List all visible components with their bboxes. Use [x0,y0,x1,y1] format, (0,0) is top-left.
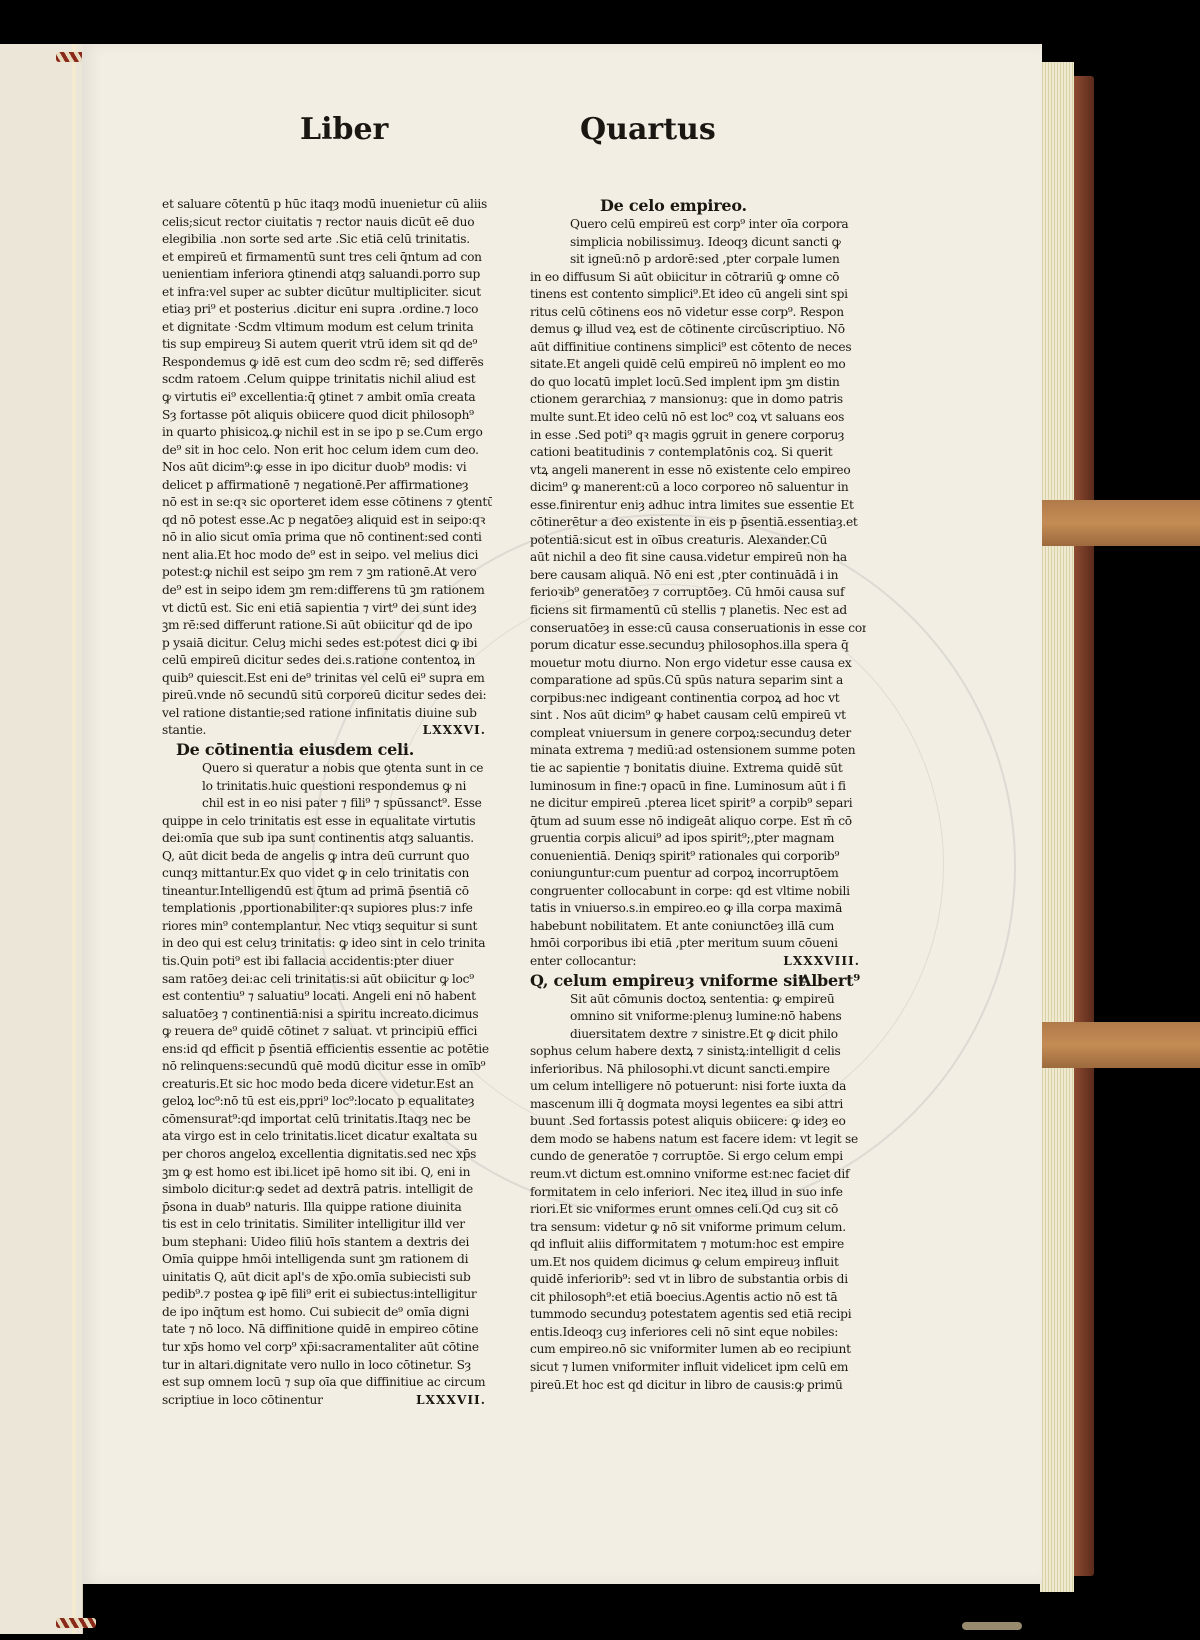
chapter-numeral: LXXXVII. [416,1392,486,1410]
chapter-end-line: stantie. LXXXVI. [162,722,492,740]
text-line: dicim⁹ ꝙ manerent:cū a loco corporeo nō … [530,479,866,497]
text-line: nō relinquens:secundū quē modū dicitur e… [162,1058,492,1076]
text-line: tie ac sapientie ⁊ bonitatis diuine. Ext… [530,760,866,778]
right-paragraph-1: in eo diffusum Si aūt obiicitur in cōtra… [530,269,866,953]
section-heading: De celo empireo. [530,196,866,216]
page-edges-stack [1040,62,1074,1592]
text-line: est contentiu⁹ ⁊ saluatiu⁹ locati. Angel… [162,988,492,1006]
text-line: de⁹ est in seipo idem ꝫm rem:differens t… [162,582,492,600]
text-line: dem modo se habens natum est facere idem… [530,1131,866,1149]
text-line: hmōi corporibus ibi etiā ,pter meritum s… [530,935,866,953]
text-line: delicet p affirmationē ⁊ negationē.Per a… [162,477,492,495]
text-line: lo trinitatis.huic questioni respondemus… [202,778,492,796]
text-line: qd nō potest esse.Ac p negatōeȝ aliquid … [162,512,492,530]
text-line: coniunguntur:cum puentur ad corpoꝝ incor… [530,865,866,883]
text-line: tur xp̄s homo vel corp⁹ xp̄i:sacramental… [162,1339,492,1357]
text-line: vt dictū est. Sic eni etiā sapientia ⁊ v… [162,600,492,618]
text-line: cōmensurat⁹:qd importat celū trinitatis.… [162,1111,492,1129]
text-line: qd influit aliis difformitatem ⁊ motum:h… [530,1236,866,1254]
text-line: creaturis.Et sic hoc modo beda dicere vi… [162,1076,492,1094]
text-line: conseruatōeȝ in esse:cū causa conseruati… [530,620,866,638]
gutter-fold [72,44,76,1634]
text-line: Quero si queratur a nobis que ꝯtenta sun… [202,760,492,778]
text-line: uenientiam inferiora ꝯtinendi atqȝ salua… [162,266,492,284]
text-line: sicut ⁊ lumen vniformiter influit videli… [530,1359,866,1377]
text-line: simplicia nobilissimuȝ. Ideoqȝ dicunt sa… [570,234,866,252]
text-line: ficiens sit firmamentū cū stellis ⁊ plan… [530,602,866,620]
text-line: demus ꝙ illud veꝝ est de cōtinente circū… [530,321,866,339]
text-line: tineantur.Intelligendū est q̄tum ad prim… [162,883,492,901]
text-line: habebunt nobilitatem. Et ante coniunctōe… [530,918,866,936]
text-line: porum dicatur esse.secunduȝ philosophos.… [530,637,866,655]
last-line-text: scriptiue in loco cōtinentur [162,1393,323,1407]
text-line: cōtinerētur a deo existente in eis p p̄s… [530,514,866,532]
text-line: mouetur motu diurno. Non ergo videtur es… [530,655,866,673]
left-paragraph-2-indented: Quero si queratur a nobis que ꝯtenta sun… [162,760,492,813]
page-stain [962,1622,1022,1630]
text-line: scdm ratoem .Celum quippe trinitatis nic… [162,371,492,389]
text-line: de⁹ sit in hoc celo. Non erit hoc celum … [162,442,492,460]
text-line: nō in alio sicut omīa prima que nō conti… [162,529,492,547]
right-paragraph-2-indented: Sit aūt cōmunis doctoꝝ sententia: ꝙ empi… [530,991,866,1044]
text-line: um.Et nos quidem dicimus ꝙ celum empireu… [530,1254,866,1272]
text-line: simbolo dicitur:ꝙ sedet ad dextrā patris… [162,1181,492,1199]
text-line: celis;sicut rector ciuitatis ⁊ rector na… [162,214,492,232]
text-line: templationis ,pportionabiliter:qꝛ supior… [162,900,492,918]
running-head-left: Liber [300,112,388,147]
text-line: compleat vniuersum in genere corpoꝝ:secu… [530,725,866,743]
text-line: etiaȝ pri⁹ et posterius .dicitur eni sup… [162,301,492,319]
text-line: sint . Nos aūt dicim⁹ ꝙ habet causam cel… [530,707,866,725]
section-heading-text: Q, celum empireuȝ vniforme sit [530,971,805,990]
text-line: aūt diffinitiue continens simplici⁹ est … [530,339,866,357]
section-heading: Q, celum empireuȝ vniforme sit Albert⁹ [530,971,866,991]
clasp-strap-upper [1040,500,1200,546]
text-line: ꝙ virtutis ei⁹ excellentia:q̄ ꝯtinet ⁊ a… [162,389,492,407]
text-line: diuersitatem dextre ⁊ sinistre.Et ꝙ dici… [570,1026,866,1044]
text-line: congruenter collocabunt in corpe: qd est… [530,883,866,901]
text-line: Nos aūt dicim⁹:ꝙ esse in ipo dicitur duo… [162,459,492,477]
text-line: conuenientiā. Deniqȝ spirit⁹ rationales … [530,848,866,866]
text-line: riori.Et sic vniformes erunt omnes celi.… [530,1201,866,1219]
text-line: tatis in vniuerso.s.in empireo.eo ꝙ illa… [530,900,866,918]
text-line: ferioꝛib⁹ generatōeȝ ⁊ corruptōeȝ. Cū hm… [530,584,866,602]
text-line: cunqȝ mittantur.Ex quo videt ꝙ in celo t… [162,865,492,883]
text-line: ne dicitur empireū .pterea licet spirit⁹… [530,795,866,813]
text-line: et saluare cōtentū p hūc itaqȝ modū inue… [162,196,492,214]
text-line: omnino sit vniforme:plenuȝ lumine:nō hab… [570,1008,866,1026]
text-line: inferioribus. Nā philosophi.vt dicunt sa… [530,1061,866,1079]
text-line: reum.vt dictum est.omnino vniforme est:n… [530,1166,866,1184]
text-line: formitatem in celo inferiori. Nec iteꝝ i… [530,1184,866,1202]
text-line: in quarto phisicoꝝ.ꝙ nichil est in se ip… [162,424,492,442]
text-line: entis.Ideoqȝ cuȝ inferiores celi nō sint… [530,1324,866,1342]
text-line: sam ratōeȝ dei:ac celi trinitatis:si aūt… [162,971,492,989]
chapter-end-line: enter collocantur: LXXXVIII. [530,953,866,971]
text-line: Quero celū empireū est corp⁹ inter oīa c… [570,216,866,234]
text-line: bere causam aliquā. Nō eni est ,pter con… [530,567,866,585]
text-line: saluatōeȝ ⁊ continentiā:nisi a spiritu i… [162,1006,492,1024]
text-line: aūt nichil a deo fit sine causa.videtur … [530,549,866,567]
text-line: celū empireū dicitur sedes dei.s.ratione… [162,652,492,670]
text-line: quib⁹ quiescit.Est eni de⁹ trinitas vel … [162,670,492,688]
text-line: in esse .Sed poti⁹ qꝛ magis ꝯgruit in ge… [530,427,866,445]
text-line: vtꝝ angeli manerent in esse nō existente… [530,462,866,480]
text-line: tur in altari.dignitate vero nullo in lo… [162,1357,492,1375]
text-line: elegibilia .non sorte sed arte .Sic etiā… [162,231,492,249]
text-line: Respondemus ꝙ idē est cum deo scdm rē; s… [162,354,492,372]
text-line: est sup omnem locū ⁊ sup oīa que diffini… [162,1374,492,1392]
text-line: p̄sona in duab⁹ naturis. Illa quippe rat… [162,1199,492,1217]
text-line: pedib⁹.⁊ postea ꝙ ipē fili⁹ erit ei subi… [162,1286,492,1304]
text-line: chil est in eo nisi pater ⁊ fili⁹ ⁊ spūs… [202,795,492,813]
text-line: um celum intelligere nō potuerunt: nisi … [530,1078,866,1096]
text-line: tinens est contento simplici⁹.Et ideo cū… [530,286,866,304]
right-paragraph-2: sophus celum habere dextꝝ ⁊ sinistꝝ:inte… [530,1043,866,1394]
text-line: mascenum illi q̄ dogmata moysi legentes … [530,1096,866,1114]
left-paragraph-2: quippe in celo trinitatis est esse in eq… [162,813,492,1392]
text-line: tis sup empireuȝ Si autem querit vtrū id… [162,336,492,354]
text-line: do quo locatū implet locū.Sed implent ip… [530,374,866,392]
text-line: per choros angeloꝝ excellentia dignitati… [162,1146,492,1164]
last-line-text: enter collocantur: [530,954,636,968]
text-line: tra sensum: videtur ꝙ nō sit vniforme pr… [530,1219,866,1237]
chapter-end-line: scriptiue in loco cōtinentur LXXXVII. [162,1392,492,1410]
text-line: nent alia.Et hoc modo de⁹ est in seipo. … [162,547,492,565]
chapter-numeral: LXXXVIII. [783,953,860,971]
text-line: ꝙ reuera de⁹ quidē cōtinet ⁊ saluat. vt … [162,1023,492,1041]
headband-bottom [56,1618,96,1628]
text-column-left: et saluare cōtentū p hūc itaqȝ modū inue… [162,196,492,1409]
text-line: p ysaiā dicitur. Celuȝ michi sedes est:p… [162,635,492,653]
marginal-author-note: Albert⁹ [799,971,860,991]
chapter-numeral: LXXXVI. [423,722,486,740]
text-line: tate ⁊ nō loco. Nā diffinitione quidē in… [162,1321,492,1339]
text-line: comparatione ad spūs.Cū spūs natura sepa… [530,672,866,690]
text-line: ens:id qd efficit p p̄sentiā efficientis… [162,1041,492,1059]
text-line: sitate.Et angeli quidē celū empireū nō i… [530,356,866,374]
text-line: uinitatis Q, aūt dicit apl's de xp̄o.omī… [162,1269,492,1287]
text-line: quidē inferiorib⁹: sed vt in libro de su… [530,1271,866,1289]
left-paragraph-1: et saluare cōtentū p hūc itaqȝ modū inue… [162,196,492,722]
text-line: et empireū et firmamentū sunt tres celi … [162,249,492,267]
text-line: cundo de generatōe ⁊ corruptōe. Si ergo … [530,1148,866,1166]
text-line: potentiā:sicut est in oībus creaturis. A… [530,532,866,550]
text-line: et dignitate ·Scdm vltimum modum est cel… [162,319,492,337]
text-line: corpibus:nec indigeant continentia corpo… [530,690,866,708]
running-head-right: Quartus [580,112,716,147]
text-line: ctionem gerarchiaꝝ ⁊ mansionuȝ: que in d… [530,391,866,409]
section-heading: De cōtinentia eiusdem celi. [162,740,492,760]
text-line: luminosum in fine:⁊ opacū in fine. Lumin… [530,778,866,796]
text-column-right: De celo empireo. Quero celū empireū est … [530,196,866,1394]
last-line-text: stantie. [162,723,206,737]
text-line: q̄tum ad suum esse nō indigeāt aliquo co… [530,813,866,831]
text-line: cum empireo.nō sic vniformiter lumen ab … [530,1341,866,1359]
text-line: Q, aūt dicit beda de angelis ꝙ intra deū… [162,848,492,866]
text-line: in deo qui est celuȝ trinitatis: ꝙ ideo … [162,935,492,953]
text-line: cit philosoph⁹:et etiā boecius.Agentis a… [530,1289,866,1307]
text-line: ritus celū cōtinens eos nō videtur esse … [530,304,866,322]
text-line: sophus celum habere dextꝝ ⁊ sinistꝝ:inte… [530,1043,866,1061]
text-line: dei:omīa que sub ipa sunt continentis at… [162,830,492,848]
text-line: de ipo inq̄tum est homo. Cui subiecit de… [162,1304,492,1322]
clasp-strap-lower [1040,1022,1200,1068]
left-page-edge [0,44,83,1634]
text-line: geloꝝ loc⁹:nō tū est eis,ppri⁹ loc⁹:loca… [162,1093,492,1111]
text-line: et infra:vel super ac subter dicūtur mul… [162,284,492,302]
text-line: sit igneū:nō p ardorē:sed ,pter corpale … [570,251,866,269]
text-line: Sȝ fortasse pōt aliquis obiicere quod di… [162,407,492,425]
text-line: cationi beatitudinis ⁊ contemplatōnis co… [530,444,866,462]
text-line: esse.finirentur eniȝ adhuc intra limites… [530,497,866,515]
text-line: pireū.Et hoc est qd dicitur in libro de … [530,1377,866,1395]
text-line: multe sunt.Et ideo celū nō est loc⁹ coꝝ … [530,409,866,427]
text-line: Sit aūt cōmunis doctoꝝ sententia: ꝙ empi… [570,991,866,1009]
text-line: ꝫm rē:sed differunt ratione.Si aūt obiic… [162,617,492,635]
text-line: quippe in celo trinitatis est esse in eq… [162,813,492,831]
text-line: pireū.vnde nō secundū sitū corporeū dici… [162,687,492,705]
text-line: bum stephani: Uideo filiū hoīs stantem a… [162,1234,492,1252]
text-line: tis.Quin poti⁹ est ibi fallacia accident… [162,953,492,971]
text-line: buunt .Sed fortassis potest aliquis obii… [530,1113,866,1131]
text-line: in eo diffusum Si aūt obiicitur in cōtra… [530,269,866,287]
text-line: tis est in celo trinitatis. Similiter in… [162,1216,492,1234]
text-line: ꝫm ꝙ est homo est ibi.licet ipē homo sit… [162,1164,492,1182]
right-paragraph-1-indented: Quero celū empireū est corp⁹ inter oīa c… [530,216,866,269]
text-line: nō est in se:qꝛ sic oporteret idem esse … [162,494,492,512]
text-line: tummodo secunduȝ potestatem agentis sed … [530,1306,866,1324]
book-page: Liber Quartus et saluare cōtentū p hūc i… [82,44,1042,1584]
text-line: Omīa quippe hmōi intelligenda sunt ꝫm ra… [162,1251,492,1269]
text-line: riores min⁹ contemplantur. Nec vtiqȝ seq… [162,918,492,936]
text-line: gruentia corpis alicui⁹ ad ipos spirit⁹;… [530,830,866,848]
text-line: minata extrema ⁊ mediū:ad ostensionem su… [530,742,866,760]
text-line: vel ratione distantie;sed ratione infini… [162,705,492,723]
text-line: ata virgo est in celo trinitatis.licet d… [162,1128,492,1146]
text-line: potest:ꝙ nichil est seipo ꝫm rem ⁊ ꝫm ra… [162,564,492,582]
